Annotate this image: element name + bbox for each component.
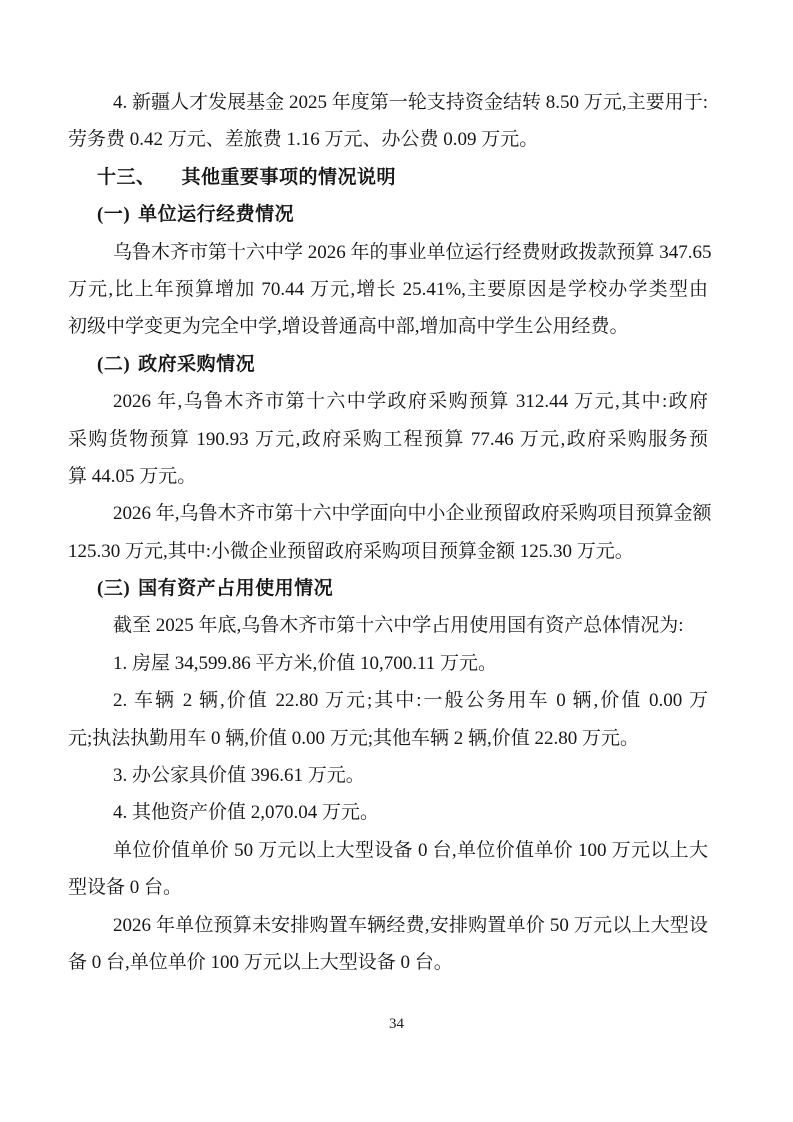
text-line: 4. 新疆人才发展基金 2025 年度第一轮支持资金结转 8.50 万元,主要用…	[68, 84, 708, 121]
text-line: 采购货物预算 190.93 万元,政府采购工程预算 77.46 万元,政府采购服…	[68, 421, 708, 458]
text-line: 2026 年单位预算未安排购置车辆经费,安排购置单价 50 万元以上大型设	[68, 907, 708, 944]
heading-number: (二)	[97, 354, 130, 375]
text-line: 125.30 万元,其中:小微企业预留政府采购项目预算金额 125.30 万元。	[68, 533, 708, 570]
text-line: 3. 办公家具价值 396.61 万元。	[68, 757, 708, 794]
heading-title: 国有资产占用使用情况	[138, 578, 333, 599]
text-line: 1. 房屋 34,599.86 平方米,价值 10,700.11 万元。	[68, 645, 708, 682]
heading-number: 十三、	[97, 167, 156, 188]
text-line: 初级中学变更为完全中学,增设普通高中部,增加高中学生公用经费。	[68, 308, 708, 345]
text-line: 单位价值单价 50 万元以上大型设备 0 台,单位价值单价 100 万元以上大	[68, 832, 708, 869]
subsection-heading: (二)政府采购情况	[68, 346, 708, 383]
heading-number: (三)	[97, 578, 130, 599]
heading-title: 其他重要事项的情况说明	[182, 167, 397, 188]
heading-title: 单位运行经费情况	[138, 204, 294, 225]
text-line: 2026 年,乌鲁木齐市第十六中学政府采购预算 312.44 万元,其中:政府	[68, 383, 708, 420]
text-line: 截至 2025 年底,乌鲁木齐市第十六中学占用使用国有资产总体情况为:	[68, 607, 708, 644]
text-line: 万元,比上年预算增加 70.44 万元,增长 25.41%,主要原因是学校办学类…	[68, 271, 708, 308]
text-line: 劳务费 0.42 万元、差旅费 1.16 万元、办公费 0.09 万元。	[68, 121, 708, 158]
text-line: 2. 车辆 2 辆,价值 22.80 万元;其中:一般公务用车 0 辆,价值 0…	[68, 682, 708, 719]
text-line: 型设备 0 台。	[68, 869, 708, 906]
heading-number: (一)	[97, 204, 130, 225]
section-heading: 十三、其他重要事项的情况说明	[68, 159, 708, 196]
text-line: 算 44.05 万元。	[68, 458, 708, 495]
subsection-heading: (一)单位运行经费情况	[68, 196, 708, 233]
text-line: 乌鲁木齐市第十六中学 2026 年的事业单位运行经费财政拨款预算 347.65	[68, 234, 708, 271]
text-line: 元;执法执勤用车 0 辆,价值 0.00 万元;其他车辆 2 辆,价值 22.8…	[68, 720, 708, 757]
subsection-heading: (三)国有资产占用使用情况	[68, 570, 708, 607]
text-line: 备 0 台,单位单价 100 万元以上大型设备 0 台。	[68, 944, 708, 981]
document-body: 4. 新疆人才发展基金 2025 年度第一轮支持资金结转 8.50 万元,主要用…	[68, 84, 708, 981]
text-line: 4. 其他资产价值 2,070.04 万元。	[68, 794, 708, 831]
text-line: 2026 年,乌鲁木齐市第十六中学面向中小企业预留政府采购项目预算金额	[68, 495, 708, 532]
heading-title: 政府采购情况	[138, 354, 255, 375]
document-page: 4. 新疆人才发展基金 2025 年度第一轮支持资金结转 8.50 万元,主要用…	[0, 0, 793, 1122]
page-number: 34	[0, 1014, 793, 1034]
